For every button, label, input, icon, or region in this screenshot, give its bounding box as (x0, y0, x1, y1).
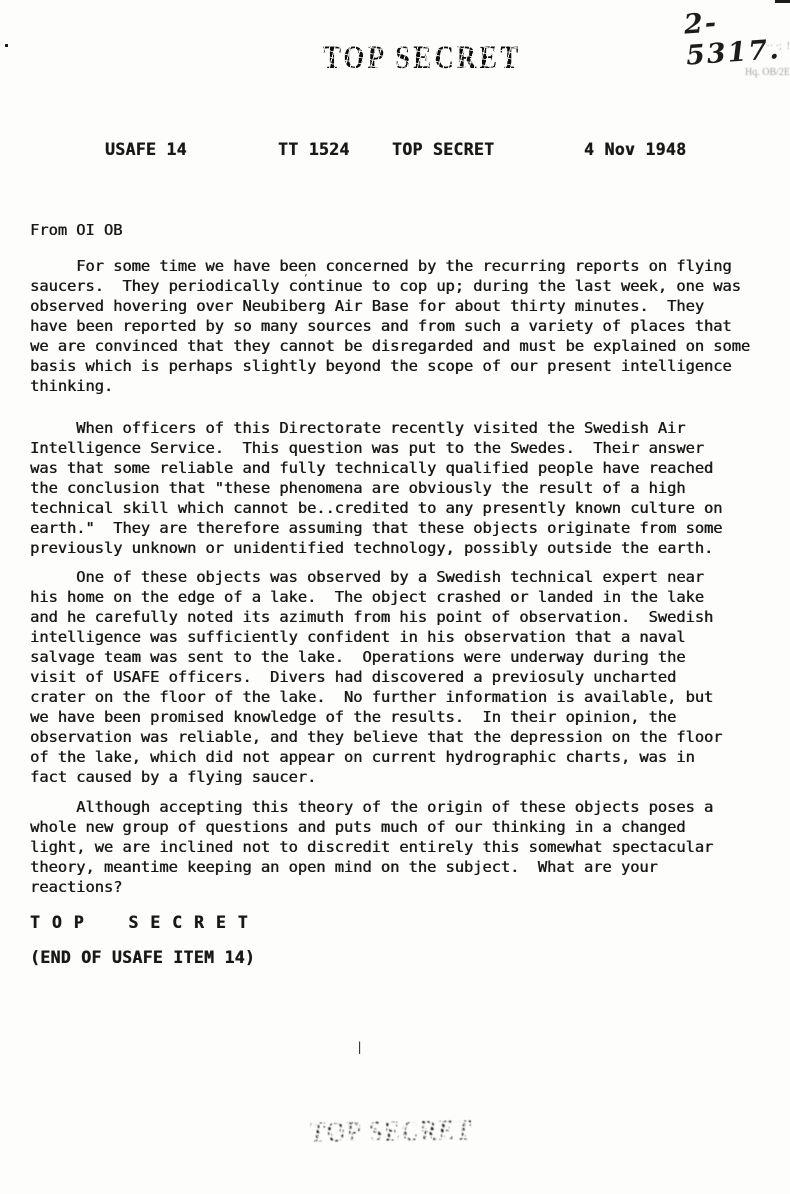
paragraph-4: Although accepting this theory of the or… (30, 797, 713, 897)
scan-speck (5, 44, 8, 47)
paragraph-1: For some time we have been concerned by … (30, 256, 750, 396)
handwritten-caret-mark: ’ (304, 272, 308, 285)
faint-stamp-line1: · ·· ·; ! (761, 41, 790, 52)
scan-tick-mark: | (356, 1040, 363, 1054)
end-of-item-line: (END OF USAFE ITEM 14) (30, 948, 255, 968)
top-secret-stamp-bottom: TOP SECRET (310, 1118, 474, 1146)
header-item-number: USAFE 14 (105, 140, 187, 160)
header-reference: TT 1524 (278, 140, 350, 160)
faint-received-stamp: · ·· ·; ! Hq. OB/2E (698, 40, 790, 92)
scanned-document-page: TOP SECRET 2-5317. · ·· ·; ! Hq. OB/2E U… (0, 0, 790, 1194)
stamp-text: TOP SECRET (323, 39, 521, 77)
header-date: 4 Nov 1948 (584, 140, 686, 160)
footer-classification-line: T O P S E C R E T (30, 913, 249, 933)
from-line: From OI OB (30, 220, 122, 240)
paragraph-2: When officers of this Directorate recent… (30, 418, 722, 558)
stamp-text: TOP SECRET (310, 1115, 474, 1149)
faint-stamp-line2: Hq. OB/2E (745, 67, 790, 78)
header-classification: TOP SECRET (392, 140, 494, 160)
paragraph-3: One of these objects was observed by a S… (30, 567, 722, 787)
top-secret-stamp-top: TOP SECRET (323, 42, 521, 73)
